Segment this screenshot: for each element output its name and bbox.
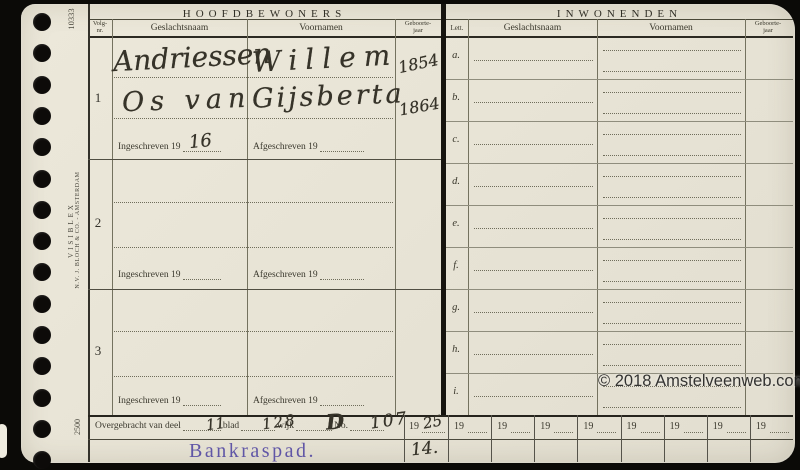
cell-line bbox=[621, 415, 622, 462]
watermark: © 2018 Amstelveenweb.com bbox=[598, 372, 800, 391]
scanned-register-card: 10333 VISIBLEX N.V. J. BLOCH & CO. - AMS… bbox=[0, 0, 800, 470]
writing-line bbox=[474, 186, 593, 187]
header-voornamen-right: Voornamen bbox=[597, 24, 745, 34]
header-geboortejaar-left: Geboorte- jaar bbox=[395, 21, 441, 35]
printer-company: N.V. J. BLOCH & CO. - AMSTERDAM bbox=[75, 171, 81, 288]
letter-label: b. bbox=[448, 92, 464, 103]
column-line bbox=[247, 19, 248, 415]
ingeschreven-label: Ingeschreven 19 bbox=[118, 270, 221, 280]
year-cell-dots bbox=[597, 432, 616, 433]
letter-label: i. bbox=[448, 386, 464, 397]
year-cell-label: 19 bbox=[627, 421, 637, 432]
writing-line bbox=[474, 312, 593, 313]
afgeschreven-label: Afgeschreven 19 bbox=[253, 396, 364, 406]
cell-line bbox=[750, 415, 751, 462]
divider-line bbox=[446, 19, 793, 20]
punch-hole bbox=[33, 201, 51, 219]
punch-hole bbox=[33, 389, 51, 407]
year-cell-dots bbox=[511, 432, 530, 433]
writing-line bbox=[114, 118, 393, 119]
header-lett: Lett. bbox=[446, 25, 468, 32]
writing-line bbox=[114, 376, 393, 377]
writing-line bbox=[603, 134, 741, 135]
row-divider bbox=[446, 331, 793, 332]
punch-hole bbox=[33, 76, 51, 94]
letter-label: e. bbox=[448, 218, 464, 229]
punch-hole bbox=[33, 170, 51, 188]
year-cell-label: 19 bbox=[713, 421, 723, 432]
writing-line bbox=[603, 323, 741, 324]
punch-hole bbox=[33, 451, 51, 469]
writing-line bbox=[603, 302, 741, 303]
divider-line bbox=[88, 19, 441, 20]
letter-label: a. bbox=[448, 50, 464, 61]
letter-label: d. bbox=[448, 176, 464, 187]
year-cell-dots bbox=[770, 432, 789, 433]
writing-line bbox=[474, 270, 593, 271]
punch-hole bbox=[33, 295, 51, 313]
letter-label: g. bbox=[448, 302, 464, 313]
cell-line bbox=[448, 415, 449, 462]
ingeschreven-label: Ingeschreven 19 bbox=[118, 396, 221, 406]
writing-line bbox=[603, 344, 741, 345]
handwritten-deel: 11 bbox=[205, 414, 226, 434]
writing-line bbox=[603, 155, 741, 156]
cell-line bbox=[534, 415, 535, 462]
header-rule bbox=[446, 36, 793, 38]
center-divider bbox=[441, 4, 446, 415]
writing-line bbox=[603, 176, 741, 177]
writing-line bbox=[474, 144, 593, 145]
column-line bbox=[112, 19, 113, 415]
punch-hole bbox=[33, 13, 51, 31]
writing-line bbox=[603, 197, 741, 198]
stock-number-bottom: 2500 bbox=[71, 407, 83, 447]
year-cell-label: 19 bbox=[540, 421, 550, 432]
afgeschreven-label: Afgeschreven 19 bbox=[253, 270, 364, 280]
punch-hole bbox=[33, 107, 51, 125]
letter-label: h. bbox=[448, 344, 464, 355]
table-left-border bbox=[88, 4, 90, 462]
year-cell-dots bbox=[554, 432, 573, 433]
writing-line bbox=[603, 365, 741, 366]
writing-line bbox=[603, 218, 741, 219]
street-name-stamp: Bankraspad. bbox=[155, 440, 350, 463]
writing-line bbox=[603, 260, 741, 261]
header-geslachtsnaam-right: Geslachtsnaam bbox=[468, 24, 597, 34]
year-cell-label: 19 bbox=[670, 421, 680, 432]
cell-line bbox=[664, 415, 665, 462]
cell-line bbox=[707, 415, 708, 462]
header-volgnr: Volg- nr. bbox=[88, 21, 112, 35]
writing-line bbox=[603, 281, 741, 282]
cell-line bbox=[404, 415, 405, 462]
header-voornamen-left: Voornamen bbox=[247, 24, 395, 34]
year-cell-dots bbox=[684, 432, 703, 433]
cell-line bbox=[577, 415, 578, 462]
year-cell-label: 19 bbox=[756, 421, 766, 432]
handwritten-house-number: 14. bbox=[410, 438, 439, 461]
writing-line bbox=[603, 407, 741, 408]
writing-line bbox=[474, 354, 593, 355]
header-geboortejaar-right: Geboorte- jaar bbox=[745, 21, 791, 35]
writing-line bbox=[114, 202, 393, 203]
handwritten-firstname-2: Gijsberta bbox=[252, 78, 406, 114]
punch-hole bbox=[33, 420, 51, 438]
writing-line bbox=[474, 396, 593, 397]
handwritten-surname-2: Os van bbox=[121, 83, 251, 118]
year-cell-label: 19 bbox=[454, 421, 464, 432]
printer-name: VISIBLEX bbox=[67, 202, 75, 258]
writing-line bbox=[603, 71, 741, 72]
handwritten-year: 25 bbox=[422, 411, 444, 432]
writing-line bbox=[603, 50, 741, 51]
letter-label: f. bbox=[448, 260, 464, 271]
writing-line bbox=[474, 228, 593, 229]
row-number: 1 bbox=[88, 90, 108, 106]
afgeschreven-label: Afgeschreven 19 bbox=[253, 142, 364, 152]
printer-imprint: VISIBLEX N.V. J. BLOCH & CO. - AMSTERDAM bbox=[65, 165, 83, 295]
year-cell-dots bbox=[727, 432, 746, 433]
writing-line bbox=[603, 92, 741, 93]
row-divider bbox=[446, 163, 793, 164]
writing-line bbox=[603, 113, 741, 114]
row-divider bbox=[446, 79, 793, 80]
row-divider bbox=[446, 247, 793, 248]
row-divider bbox=[446, 205, 793, 206]
writing-line bbox=[474, 60, 593, 61]
year-cell-label: 19 bbox=[497, 421, 507, 432]
row-number: 3 bbox=[88, 343, 108, 359]
writing-line bbox=[603, 239, 741, 240]
punch-hole bbox=[33, 326, 51, 344]
year-cell-label: 19 bbox=[409, 421, 419, 432]
punch-hole bbox=[33, 232, 51, 250]
writing-line bbox=[114, 247, 393, 248]
writing-line bbox=[474, 102, 593, 103]
row-divider bbox=[88, 289, 441, 290]
year-cell-dots bbox=[641, 432, 660, 433]
handwritten-ingeschreven-year: 16 bbox=[188, 130, 213, 153]
header-geslachtsnaam-left: Geslachtsnaam bbox=[112, 24, 247, 34]
row-divider bbox=[446, 121, 793, 122]
scan-edge-artifact bbox=[0, 424, 7, 458]
row-divider bbox=[88, 159, 441, 160]
letter-label: c. bbox=[448, 134, 464, 145]
handwritten-wijk: D bbox=[325, 408, 345, 434]
row-number: 2 bbox=[88, 215, 108, 231]
writing-line bbox=[114, 331, 393, 332]
cell-line bbox=[491, 415, 492, 462]
stock-number-top: 10333 bbox=[65, 0, 77, 39]
row-divider bbox=[446, 289, 793, 290]
year-cell-dots bbox=[468, 432, 487, 433]
year-cell-label: 19 bbox=[583, 421, 593, 432]
